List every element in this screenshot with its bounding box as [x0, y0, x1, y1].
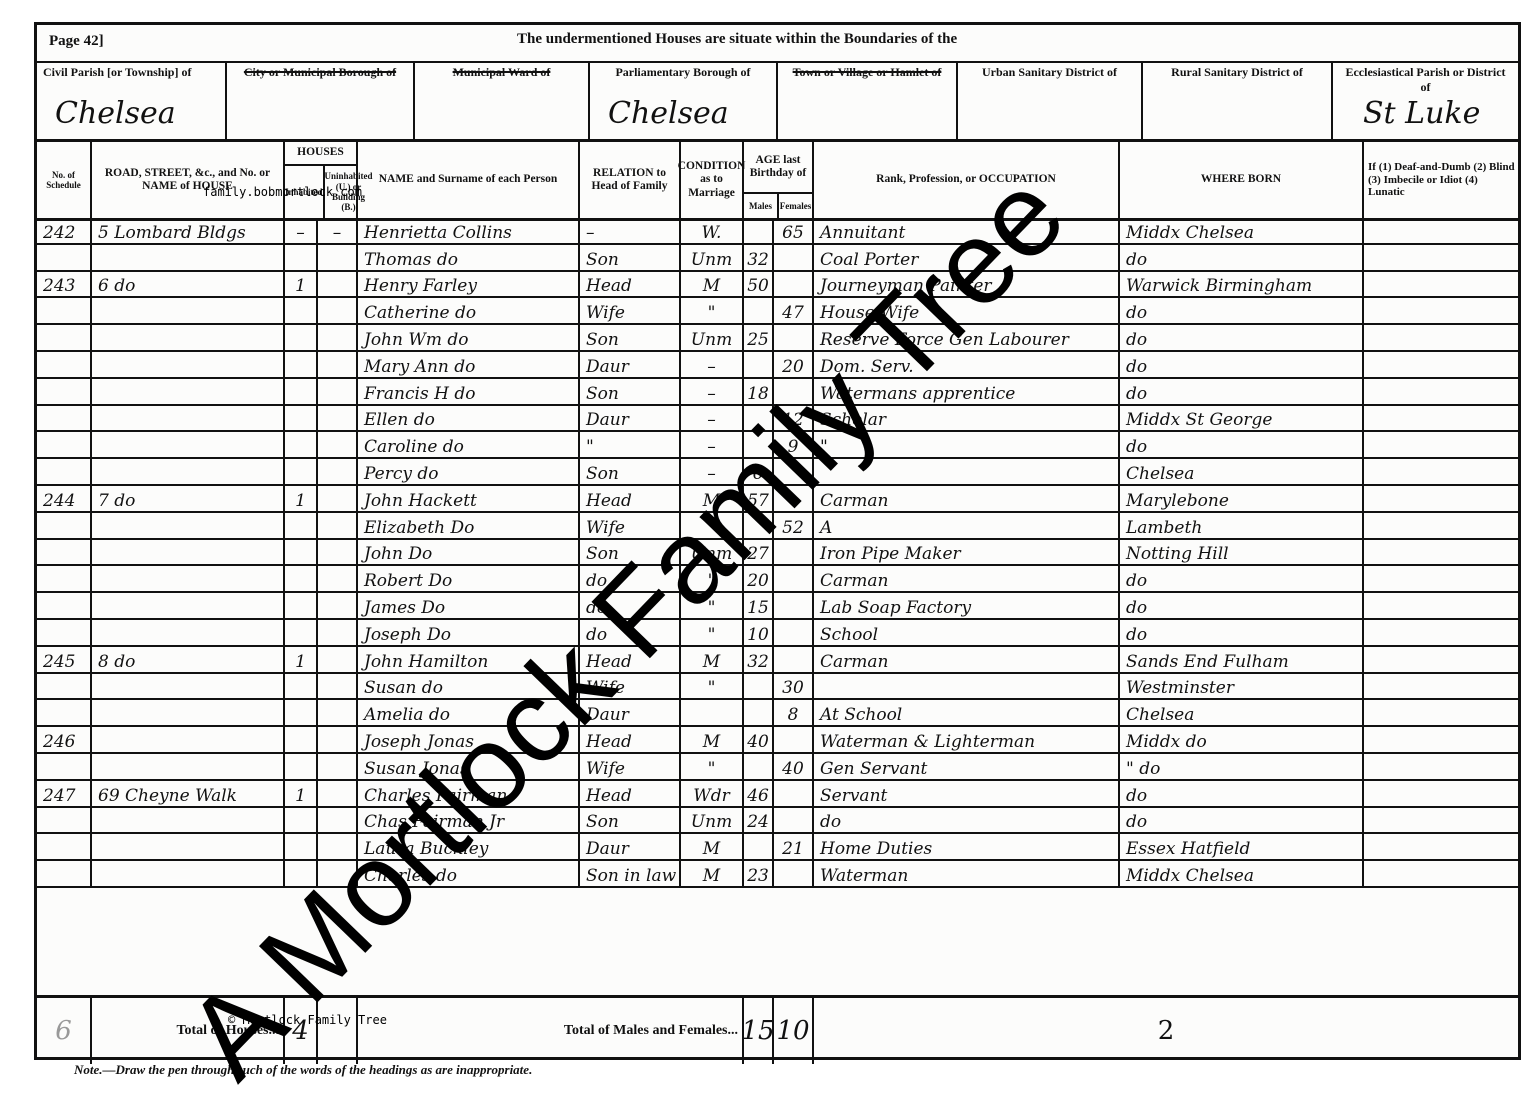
road-cell [92, 861, 285, 886]
occupation-cell: House Wife [814, 298, 1120, 323]
male-age-cell: 25 [744, 325, 774, 350]
name-cell: Elizabeth Do [358, 513, 580, 538]
female-age-cell: 9 [774, 432, 814, 457]
condition-cell: – [681, 459, 744, 484]
relation-cell: Daur [580, 352, 681, 377]
inhabited-cell: 1 [285, 486, 318, 511]
uninhabited-cell [318, 245, 358, 270]
occupation-cell: Waterman & Lighterman [814, 727, 1120, 752]
inhabited-cell [285, 808, 318, 833]
condition-cell: M [681, 727, 744, 752]
condition-cell: " [681, 593, 744, 618]
female-age-cell [774, 781, 814, 806]
infirmity-cell [1364, 245, 1518, 270]
occupation-cell: Dom. Serv. [814, 352, 1120, 377]
header-relation: RELATION to Head of Family [580, 142, 681, 218]
table-row: Catherine doWife"47House Wifedo [37, 298, 1518, 325]
infirmity-cell [1364, 540, 1518, 565]
schedule-cell [37, 298, 92, 323]
table-row: Caroline do"–9"do [37, 432, 1518, 459]
footnote: Note.—Draw the pen through such of the w… [74, 1062, 532, 1078]
table-row: Ellen doDaur–12ScholarMiddx St George [37, 406, 1518, 433]
inhabited-cell [285, 620, 318, 645]
uninhabited-cell [318, 540, 358, 565]
inhabited-cell [285, 459, 318, 484]
road-cell [92, 593, 285, 618]
where-born-cell: do [1120, 379, 1364, 404]
occupation-cell [814, 459, 1120, 484]
inhabited-cell [285, 325, 318, 350]
infirmity-cell [1364, 727, 1518, 752]
name-cell: John Do [358, 540, 580, 565]
road-cell [92, 459, 285, 484]
name-cell: Ellen do [358, 406, 580, 431]
uninhabited-cell [318, 674, 358, 699]
uninhabited-cell [318, 808, 358, 833]
condition-cell: " [681, 513, 744, 538]
where-born-cell: do [1120, 325, 1364, 350]
schedule-cell [37, 620, 92, 645]
male-age-cell [744, 218, 774, 243]
female-age-cell [774, 540, 814, 565]
occupation-cell: Waterman [814, 861, 1120, 886]
schedule-cell: 246 [37, 727, 92, 752]
infirmity-cell [1364, 325, 1518, 350]
header-males: Males [744, 194, 779, 218]
inhabited-cell [285, 245, 318, 270]
condition-cell: – [681, 406, 744, 431]
name-cell: Joseph Jonas [358, 727, 580, 752]
male-age-cell: 57 [744, 486, 774, 511]
female-age-cell [774, 727, 814, 752]
header-condition: CONDITION as to Marriage [681, 142, 744, 218]
schedule-cell: 243 [37, 272, 92, 297]
copyright-overlay: © Mortlock Family Tree [228, 1013, 387, 1027]
name-cell: Laura Buckley [358, 834, 580, 859]
condition-cell: M [681, 647, 744, 672]
totals-row: 6 Total of Houses... 4 Total of Males an… [37, 995, 1518, 1064]
inhabited-cell [285, 861, 318, 886]
table-row: Thomas doSonUnm32Coal Porterdo [37, 245, 1518, 272]
name-cell: John Hackett [358, 486, 580, 511]
relation-cell: Daur [580, 700, 681, 725]
where-born-cell: Marylebone [1120, 486, 1364, 511]
uninhabited-cell [318, 861, 358, 886]
condition-cell: " [681, 674, 744, 699]
road-cell [92, 808, 285, 833]
occupation-cell [814, 674, 1120, 699]
relation-cell: Wife [580, 754, 681, 779]
relation-cell: Son [580, 245, 681, 270]
uninhabited-cell [318, 593, 358, 618]
condition-cell: Wdr [681, 781, 744, 806]
total-houses-inhabited: 4 [285, 998, 318, 1064]
schedule-cell [37, 245, 92, 270]
boundaries-row: Civil Parish [or Township] of Chelsea Ci… [37, 61, 1518, 142]
road-cell [92, 754, 285, 779]
page-mark: 6 [37, 998, 92, 1064]
title-line: Page 42] The undermentioned Houses are s… [37, 25, 1518, 63]
uninhabited-cell [318, 486, 358, 511]
condition-cell: Unm [681, 540, 744, 565]
infirmity-cell [1364, 808, 1518, 833]
where-born-cell: Essex Hatfield [1120, 834, 1364, 859]
inhabited-cell: 1 [285, 272, 318, 297]
female-age-cell [774, 325, 814, 350]
where-born-cell: Middx Chelsea [1120, 218, 1364, 243]
where-born-cell: Middx Chelsea [1120, 861, 1364, 886]
relation-cell: – [580, 218, 681, 243]
where-born-cell: Lambeth [1120, 513, 1364, 538]
name-cell: John Hamilton [358, 647, 580, 672]
name-cell: Thomas do [358, 245, 580, 270]
occupation-cell: Annuitant [814, 218, 1120, 243]
occupation-cell: Carman [814, 486, 1120, 511]
relation-cell: do [580, 620, 681, 645]
where-born-cell: do [1120, 808, 1364, 833]
infirmity-cell [1364, 620, 1518, 645]
relation-cell: Wife [580, 513, 681, 538]
schedule-cell: 247 [37, 781, 92, 806]
female-age-cell: 47 [774, 298, 814, 323]
relation-cell: Head [580, 781, 681, 806]
male-age-cell: 6 [744, 459, 774, 484]
uninhabited-cell: – [318, 218, 358, 243]
occupation-cell: Servant [814, 781, 1120, 806]
uninhabited-cell [318, 834, 358, 859]
relation-cell: Son [580, 459, 681, 484]
road-cell [92, 245, 285, 270]
occupation-cell: Coal Porter [814, 245, 1120, 270]
boundary-urban-sanitary: Urban Sanitary District of [958, 61, 1143, 139]
road-cell [92, 834, 285, 859]
relation-cell: Wife [580, 674, 681, 699]
female-age-cell: 65 [774, 218, 814, 243]
male-age-cell: 46 [744, 781, 774, 806]
schedule-cell: 245 [37, 647, 92, 672]
infirmity-cell [1364, 647, 1518, 672]
uninhabited-cell [318, 781, 358, 806]
where-born-cell: Middx do [1120, 727, 1364, 752]
uninhabited-cell [318, 432, 358, 457]
relation-cell: Son in law [580, 861, 681, 886]
male-age-cell [744, 674, 774, 699]
relation-cell: Son [580, 808, 681, 833]
female-age-cell [774, 861, 814, 886]
total-males: 15 [744, 998, 774, 1064]
header-houses: HOUSES Inhabited Uninhabited (U.) or Bui… [285, 142, 358, 218]
male-age-cell [744, 406, 774, 431]
table-row: 2447 do1John HackettHeadM57CarmanMaryleb… [37, 486, 1518, 513]
where-born-cell: Notting Hill [1120, 540, 1364, 565]
occupation-cell: Home Duties [814, 834, 1120, 859]
occupation-cell: Carman [814, 647, 1120, 672]
occupation-cell: A [814, 513, 1120, 538]
uninhabited-cell [318, 620, 358, 645]
occupation-cell: Iron Pipe Maker [814, 540, 1120, 565]
where-born-cell: do [1120, 620, 1364, 645]
name-cell: Catherine do [358, 298, 580, 323]
where-born-cell: Westminster [1120, 674, 1364, 699]
male-age-cell: 32 [744, 245, 774, 270]
male-age-cell [744, 352, 774, 377]
name-cell: Charles Fairman [358, 781, 580, 806]
name-cell: James Do [358, 593, 580, 618]
occupation-cell: Gen Servant [814, 754, 1120, 779]
female-age-cell [774, 379, 814, 404]
boundary-town-village: Town or Village or Hamlet of [778, 61, 958, 139]
infirmity-cell [1364, 674, 1518, 699]
road-cell [92, 727, 285, 752]
road-cell [92, 540, 285, 565]
table-row: Susan JonasWife"40Gen Servant" do [37, 754, 1518, 781]
where-born-cell: do [1120, 781, 1364, 806]
infirmity-cell [1364, 593, 1518, 618]
inhabited-cell [285, 700, 318, 725]
schedule-cell [37, 566, 92, 591]
table-row: Francis H doSon–18Watermans apprenticedo [37, 379, 1518, 406]
inhabited-cell [285, 593, 318, 618]
schedule-cell [37, 432, 92, 457]
inhabited-cell [285, 834, 318, 859]
schedule-cell [37, 808, 92, 833]
condition-cell [681, 700, 744, 725]
table-row: Laura BuckleyDaurM21Home DutiesEssex Hat… [37, 834, 1518, 861]
schedule-cell [37, 540, 92, 565]
where-born-cell: do [1120, 298, 1364, 323]
male-age-cell: 24 [744, 808, 774, 833]
male-age-cell [744, 298, 774, 323]
female-age-cell: 20 [774, 352, 814, 377]
infirmity-cell [1364, 834, 1518, 859]
male-age-cell [744, 754, 774, 779]
table-row: Mary Ann doDaur–20Dom. Serv.do [37, 352, 1518, 379]
female-age-cell [774, 272, 814, 297]
table-row: Robert Dodo"20Carmando [37, 566, 1518, 593]
condition-cell: M [681, 486, 744, 511]
condition-cell: Unm [681, 325, 744, 350]
infirmity-cell [1364, 406, 1518, 431]
occupation-cell: At School [814, 700, 1120, 725]
condition-cell: " [681, 620, 744, 645]
relation-cell: Head [580, 727, 681, 752]
condition-cell: – [681, 379, 744, 404]
condition-cell: " [681, 754, 744, 779]
name-cell: Mary Ann do [358, 352, 580, 377]
uninhabited-cell [318, 566, 358, 591]
infirmity-cell [1364, 379, 1518, 404]
name-cell: Susan Jonas [358, 754, 580, 779]
name-cell: Robert Do [358, 566, 580, 591]
inhabited-cell: – [285, 218, 318, 243]
infirmity-cell [1364, 700, 1518, 725]
infirmity-cell [1364, 861, 1518, 886]
name-cell: Caroline do [358, 432, 580, 457]
infirmity-cell [1364, 781, 1518, 806]
inhabited-cell: 1 [285, 647, 318, 672]
road-cell: 69 Cheyne Walk [92, 781, 285, 806]
infirmity-cell [1364, 298, 1518, 323]
condition-cell: M [681, 834, 744, 859]
infirmity-cell [1364, 566, 1518, 591]
road-cell [92, 406, 285, 431]
header-road: ROAD, STREET, &c., and No. or NAME of HO… [92, 142, 285, 218]
female-age-cell [774, 620, 814, 645]
schedule-cell [37, 834, 92, 859]
table-row: 2425 Lombard Bldgs––Henrietta Collins–W.… [37, 218, 1518, 245]
table-row: Percy doSon–6Chelsea [37, 459, 1518, 486]
name-cell: John Wm do [358, 325, 580, 350]
occupation-cell: do [814, 808, 1120, 833]
occupation-cell: Scholar [814, 406, 1120, 431]
name-cell: Charles do [358, 861, 580, 886]
uninhabited-cell [318, 513, 358, 538]
name-cell: Percy do [358, 459, 580, 484]
road-cell: 7 do [92, 486, 285, 511]
relation-cell: Son [580, 325, 681, 350]
male-age-cell [744, 700, 774, 725]
where-born-cell: do [1120, 245, 1364, 270]
condition-cell: M [681, 861, 744, 886]
table-row: Susan doWife"30Westminster [37, 674, 1518, 701]
condition-cell: Unm [681, 245, 744, 270]
schedule-cell [37, 861, 92, 886]
female-age-cell [774, 459, 814, 484]
male-age-cell: 40 [744, 727, 774, 752]
total-persons-label: Total of Males and Females... [358, 998, 744, 1064]
header-females: Females [779, 194, 812, 218]
total-females: 10 [774, 998, 814, 1064]
inhabited-cell [285, 406, 318, 431]
boundary-rural-sanitary: Rural Sanitary District of [1143, 61, 1333, 139]
table-row: 24769 Cheyne Walk1Charles FairmanHeadWdr… [37, 781, 1518, 808]
census-rows: 2425 Lombard Bldgs––Henrietta Collins–W.… [37, 218, 1518, 888]
relation-cell: " [580, 432, 681, 457]
boundary-municipal-borough: City or Municipal Borough of [227, 61, 415, 139]
inhabited-cell [285, 674, 318, 699]
page-number: Page 42] [49, 33, 104, 50]
table-row: 246Joseph JonasHeadM40Waterman & Lighter… [37, 727, 1518, 754]
occupation-cell: School [814, 620, 1120, 645]
boundary-title: The undermentioned Houses are situate wi… [517, 31, 957, 48]
table-row: Chas Fairman JrSonUnm24dodo [37, 808, 1518, 835]
male-age-cell: 32 [744, 647, 774, 672]
male-age-cell [744, 513, 774, 538]
census-page: Page 42] The undermentioned Houses are s… [34, 22, 1521, 1060]
road-cell [92, 566, 285, 591]
name-cell: Chas Fairman Jr [358, 808, 580, 833]
uninhabited-cell [318, 379, 358, 404]
schedule-cell: 244 [37, 486, 92, 511]
total-occupation-mark: 2 [814, 998, 1518, 1064]
where-born-cell: do [1120, 566, 1364, 591]
uninhabited-cell [318, 406, 358, 431]
condition-cell: " [681, 566, 744, 591]
uninhabited-cell [318, 754, 358, 779]
infirmity-cell [1364, 513, 1518, 538]
schedule-cell [37, 700, 92, 725]
female-age-cell [774, 486, 814, 511]
male-age-cell: 15 [744, 593, 774, 618]
table-row: Elizabeth DoWife"52ALambeth [37, 513, 1518, 540]
relation-cell: Head [580, 272, 681, 297]
name-cell: Francis H do [358, 379, 580, 404]
schedule-cell [37, 513, 92, 538]
inhabited-cell [285, 727, 318, 752]
female-age-cell [774, 808, 814, 833]
name-cell: Henrietta Collins [358, 218, 580, 243]
infirmity-cell [1364, 272, 1518, 297]
condition-cell: M [681, 272, 744, 297]
table-row: John Wm doSonUnm25Reserve Force Gen Labo… [37, 325, 1518, 352]
relation-cell: Son [580, 540, 681, 565]
female-age-cell: 30 [774, 674, 814, 699]
relation-cell: Wife [580, 298, 681, 323]
road-cell [92, 379, 285, 404]
inhabited-cell [285, 754, 318, 779]
inhabited-cell [285, 432, 318, 457]
name-cell: Henry Farley [358, 272, 580, 297]
inhabited-cell [285, 352, 318, 377]
schedule-cell [37, 379, 92, 404]
total-houses-uninhabited [318, 998, 358, 1064]
where-born-cell: Warwick Birmingham [1120, 272, 1364, 297]
name-cell: Joseph Do [358, 620, 580, 645]
female-age-cell [774, 647, 814, 672]
where-born-cell: do [1120, 352, 1364, 377]
header-age: AGE last Birthday of Males Females [744, 142, 814, 218]
road-cell: 5 Lombard Bldgs [92, 218, 285, 243]
relation-cell: Head [580, 647, 681, 672]
road-cell: 8 do [92, 647, 285, 672]
boundary-municipal-ward: Municipal Ward of [415, 61, 590, 139]
road-cell [92, 513, 285, 538]
relation-cell: do [580, 566, 681, 591]
schedule-cell [37, 754, 92, 779]
name-cell: Susan do [358, 674, 580, 699]
uninhabited-cell [318, 700, 358, 725]
road-cell [92, 352, 285, 377]
male-age-cell [744, 834, 774, 859]
schedule-cell [37, 674, 92, 699]
occupation-cell: Reserve Force Gen Labourer [814, 325, 1120, 350]
column-headers: No. of Schedule ROAD, STREET, &c., and N… [37, 142, 1518, 221]
uninhabited-cell [318, 298, 358, 323]
occupation-cell: " [814, 432, 1120, 457]
condition-cell: " [681, 298, 744, 323]
header-where-born: WHERE BORN [1120, 142, 1364, 218]
inhabited-cell [285, 566, 318, 591]
uninhabited-cell [318, 272, 358, 297]
uninhabited-cell [318, 647, 358, 672]
female-age-cell: 21 [774, 834, 814, 859]
schedule-cell [37, 352, 92, 377]
schedule-cell: 242 [37, 218, 92, 243]
male-age-cell: 50 [744, 272, 774, 297]
female-age-cell: 8 [774, 700, 814, 725]
male-age-cell: 10 [744, 620, 774, 645]
relation-cell: Daur [580, 406, 681, 431]
infirmity-cell [1364, 754, 1518, 779]
inhabited-cell [285, 540, 318, 565]
where-born-cell: Sands End Fulham [1120, 647, 1364, 672]
where-born-cell: Middx St George [1120, 406, 1364, 431]
condition-cell: W. [681, 218, 744, 243]
road-cell [92, 325, 285, 350]
road-cell [92, 432, 285, 457]
female-age-cell [774, 593, 814, 618]
infirmity-cell [1364, 218, 1518, 243]
